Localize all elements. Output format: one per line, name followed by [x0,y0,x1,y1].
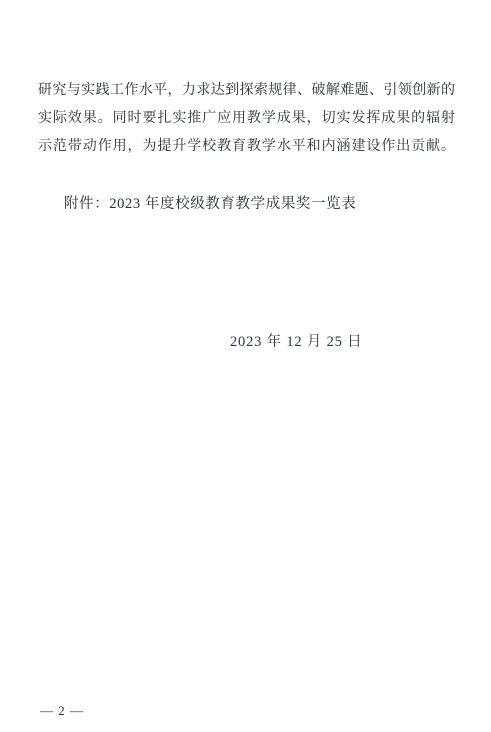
document-date: 2023 年 12 月 25 日 [230,330,362,354]
attachment-reference: 附件：2023 年度校级教育教学成果奖一览表 [64,191,356,217]
body-paragraph: 研究与实践工作水平，力求达到探索规律、破解难题、引领创新的 实际效果。同时要扎实… [38,77,455,161]
page-number: — 2 — [40,701,84,721]
document-page: 研究与实践工作水平，力求达到探索规律、破解难题、引领创新的 实际效果。同时要扎实… [0,0,491,732]
body-text-line: 实际效果。同时要扎实推广应用教学成果，切实发挥成果的辐射 [38,105,455,133]
body-text-line: 研究与实践工作水平，力求达到探索规律、破解难题、引领创新的 [38,77,455,105]
body-text-line: 示范带动作用，为提升学校教育教学水平和内涵建设作出贡献。 [38,133,455,161]
